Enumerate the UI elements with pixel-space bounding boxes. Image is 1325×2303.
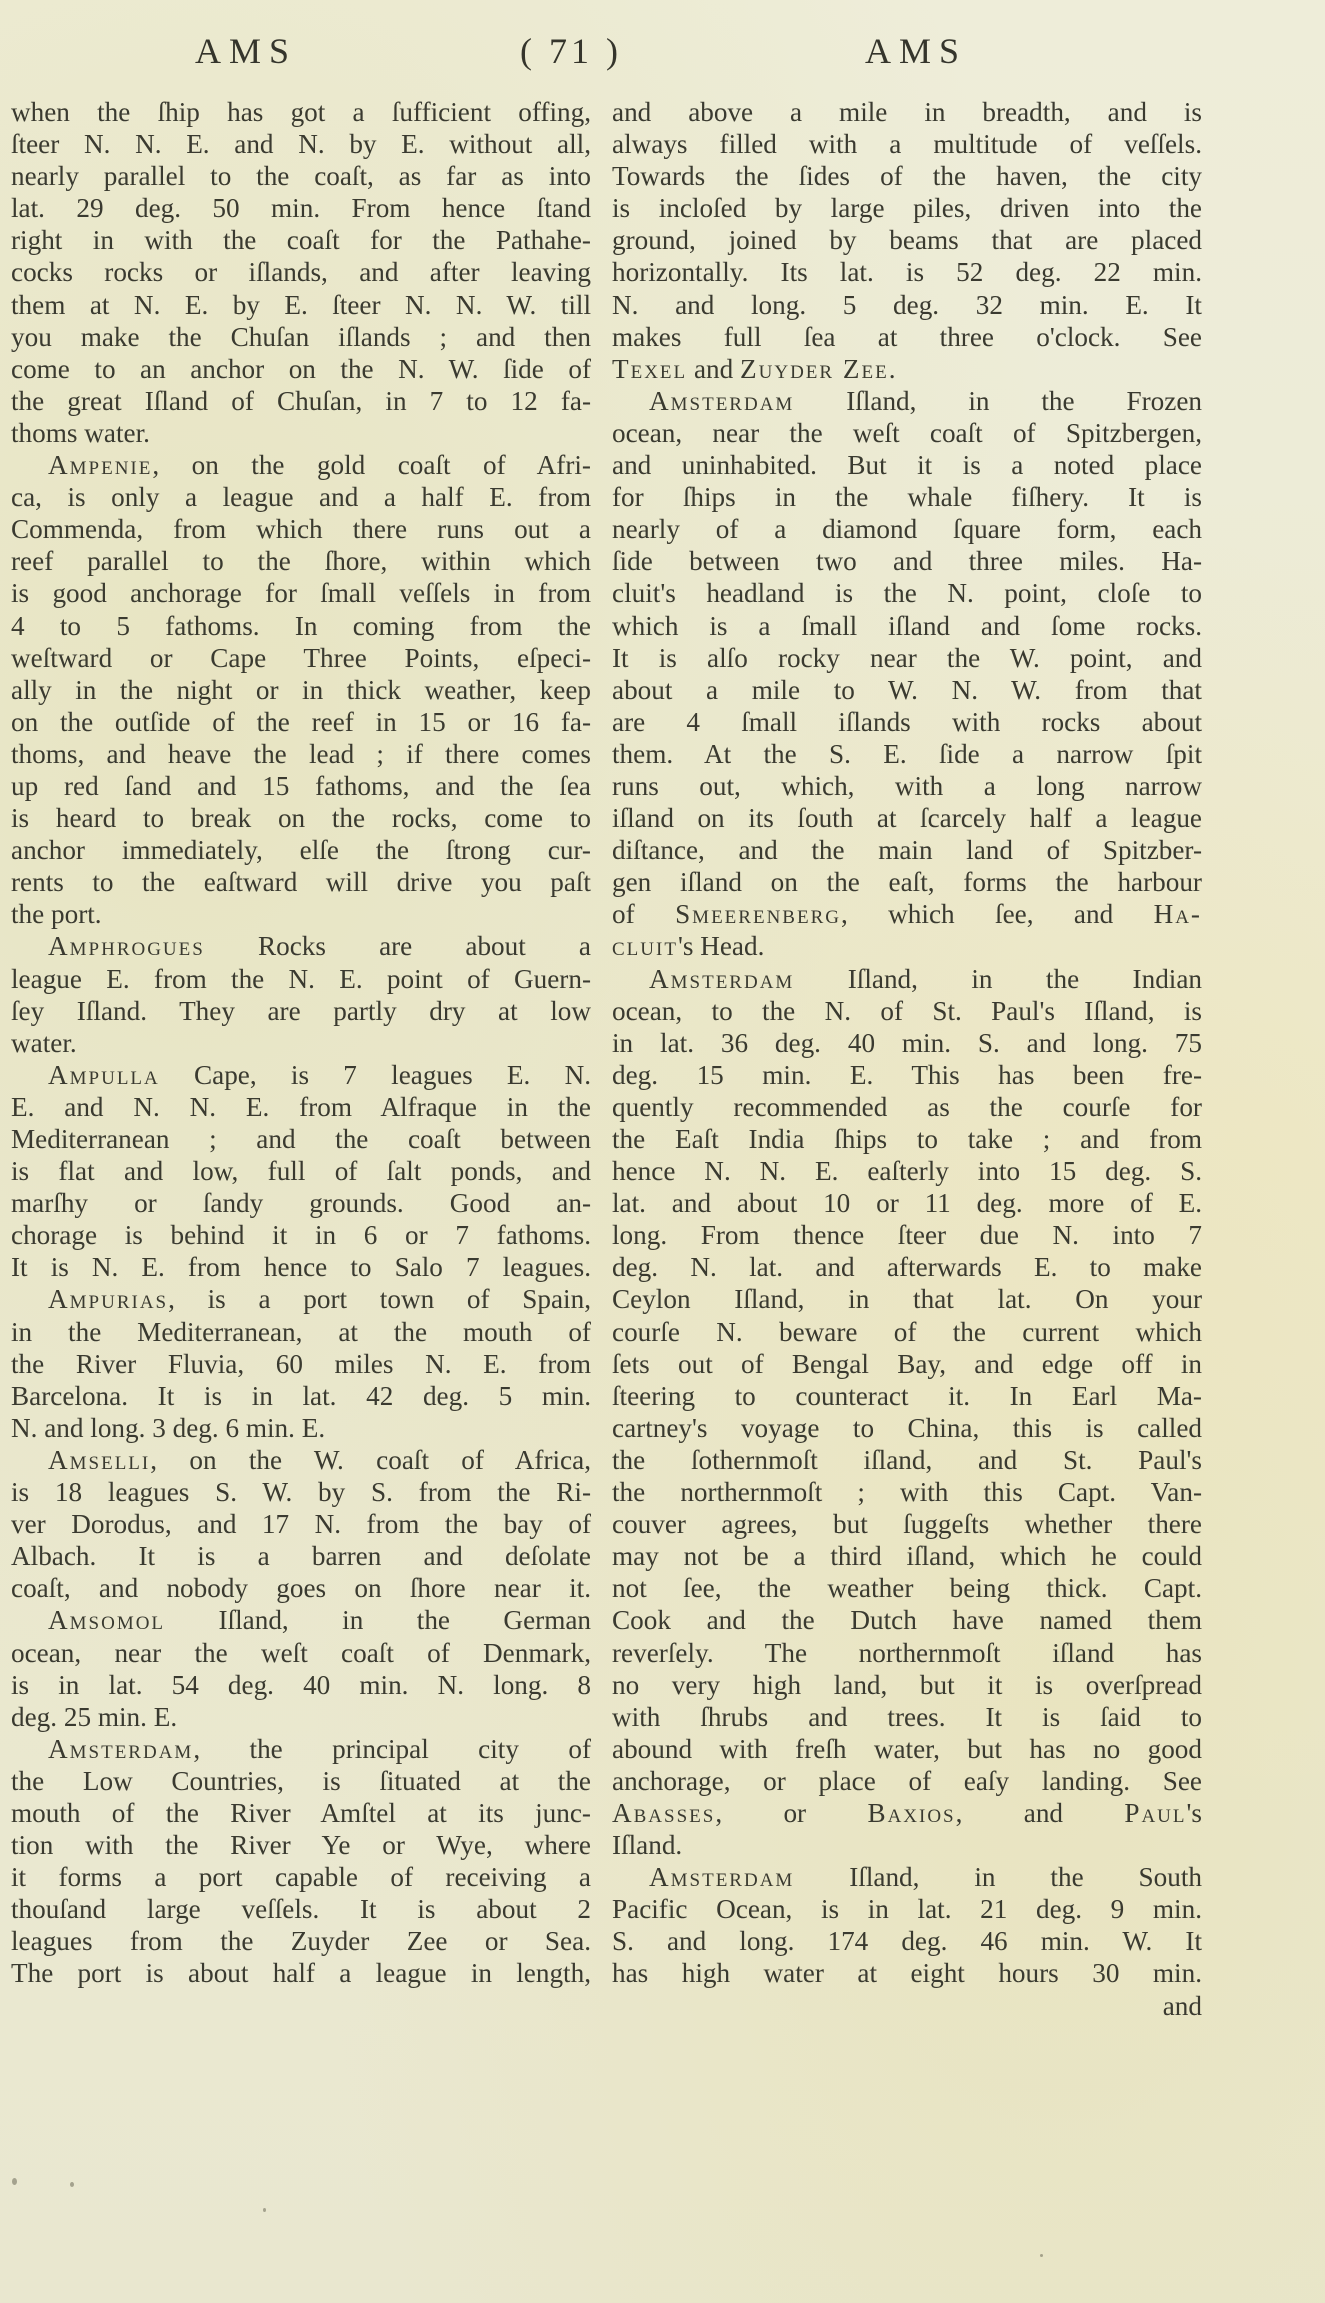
text: for ſhips in the whale fiſhery. It is	[612, 482, 1202, 512]
text: them at N. E. by E. ſteer N. N. W. till	[11, 290, 591, 320]
text: Pacific Ocean, is in lat. 21 deg. 9 min.	[612, 1894, 1202, 1924]
text-line: lat. and about 10 or 11 deg. more of E.	[612, 1187, 1202, 1219]
text: is flat and low, full of ſalt ponds, and	[11, 1156, 591, 1186]
ink-speck	[1040, 2254, 1043, 2257]
text-line: them. At the S. E. ſide a narrow ſpit	[612, 738, 1202, 770]
text-line: long. From thence ſteer due N. into 7	[612, 1219, 1202, 1251]
text: Iſland.	[612, 1830, 682, 1860]
text: Cape, is 7 leagues E. N.	[160, 1060, 591, 1090]
text: reef parallel to the ſhore, within which	[11, 546, 591, 576]
text-line: Pacific Ocean, is in lat. 21 deg. 9 min.	[612, 1893, 1202, 1925]
text: water.	[11, 1028, 77, 1058]
page-number: ( 71 )	[520, 30, 622, 72]
text: S. and long. 174 deg. 46 min. W. It	[612, 1926, 1202, 1956]
text-line: horizontally. Its lat. is 52 deg. 22 min…	[612, 256, 1202, 288]
text-line: which is a ſmall iſland and ſome rocks.	[612, 610, 1202, 642]
text: cocks rocks or iſlands, and after leavin…	[11, 257, 591, 287]
text-line: Ceylon Iſland, in that lat. On your	[612, 1283, 1202, 1315]
text-line: Towards the ſides of the haven, the city	[612, 160, 1202, 192]
text: ocean, near the weſt coaſt of Spitzberge…	[612, 418, 1202, 448]
text: 4 to 5 fathoms. In coming from the	[11, 611, 591, 641]
text-line: and above a mile in breadth, and is	[612, 96, 1202, 128]
entry-start-line: Ampenie, on the gold coaſt of Afri-	[11, 449, 591, 481]
text: It is alſo rocky near the W. point, and	[612, 643, 1202, 673]
text: when the ſhip has got a ſufficient offin…	[11, 97, 591, 127]
text: the Low Countries, is ſituated at the	[11, 1766, 591, 1796]
text-line: makes full ſea at three o'clock. See	[612, 321, 1202, 353]
text: in the Mediterranean, at the mouth of	[11, 1317, 591, 1347]
text-line: and	[612, 1990, 1202, 2022]
entry-headword: Amselli	[48, 1445, 150, 1475]
text-line: Albach. It is a barren and deſolate	[11, 1540, 591, 1572]
text: it forms a port capable of receiving a	[11, 1862, 591, 1892]
text-line: is heard to break on the rocks, come to	[11, 802, 591, 834]
text: E. and N. N. E. from Alfraque in the	[11, 1092, 591, 1122]
text-line: couver agrees, but ſuggeſts whether ther…	[612, 1508, 1202, 1540]
text: nearly parallel to the coaſt, as far as …	[11, 161, 591, 191]
text-line: ſteering to counteract it. In Earl Ma-	[612, 1380, 1202, 1412]
text: thoms water.	[11, 418, 150, 448]
text: the River Fluvia, 60 miles N. E. from	[11, 1349, 591, 1379]
header-left-catchword: AMS	[195, 30, 297, 72]
entry-start-line: Ampurias, is a port town of Spain,	[11, 1283, 591, 1315]
text: the port.	[11, 899, 102, 929]
text-line: E. and N. N. E. from Alfraque in the	[11, 1091, 591, 1123]
text-line: of Smeerenberg, which ſee, and Ha-	[612, 898, 1202, 930]
ink-speck	[263, 2208, 266, 2212]
text: cluit's headland is the N. point, cloſe …	[612, 578, 1202, 608]
text-line: ocean, to the N. of St. Paul's Iſland, i…	[612, 995, 1202, 1027]
cross-reference: Texel	[612, 354, 687, 384]
text-line: them at N. E. by E. ſteer N. N. W. till	[11, 289, 591, 321]
text-line: mouth of the River Amſtel at its junc-	[11, 1797, 591, 1829]
text-line: 4 to 5 fathoms. In coming from the	[11, 610, 591, 642]
entry-headword: Amsterdam	[649, 1862, 794, 1892]
text-line: N. and long. 5 deg. 32 min. E. It	[612, 289, 1202, 321]
text-line: the ſothernmoſt iſland, and St. Paul's	[612, 1444, 1202, 1476]
entry-headword: Amsterdam	[649, 964, 794, 994]
text-line: may not be a third iſland, which he coul…	[612, 1540, 1202, 1572]
text-line: come to an anchor on the N. W. ſide of	[11, 353, 591, 385]
entry-headword: Smeerenberg	[675, 899, 841, 929]
text: on the outſide of the reef in 15 or 16 f…	[11, 707, 591, 737]
text-line: deg. N. lat. and afterwards E. to make	[612, 1251, 1202, 1283]
text: Iſland, in the South	[794, 1862, 1202, 1892]
text: Barcelona. It is in lat. 42 deg. 5 min.	[11, 1381, 591, 1411]
cross-reference: cluit	[612, 931, 678, 961]
text: thoms, and heave the lead ; if there com…	[11, 739, 591, 769]
text: reverſely. The northernmoſt iſland has	[612, 1638, 1202, 1668]
text: are 4 ſmall iſlands with rocks about	[612, 707, 1202, 737]
text-line: diſtance, and the main land of Spitzber-	[612, 834, 1202, 866]
text-line: on the outſide of the reef in 15 or 16 f…	[11, 706, 591, 738]
text: ſteer N. N. E. and N. by E. without all,	[11, 129, 591, 159]
text-line: ſide between two and three miles. Ha-	[612, 545, 1202, 577]
text-line: the Eaſt India ſhips to take ; and from	[612, 1123, 1202, 1155]
text: 's Head.	[678, 931, 764, 961]
text: league E. from the N. E. point of Guern-	[11, 964, 591, 994]
text-line: Iſland.	[612, 1829, 1202, 1861]
text: , or	[715, 1798, 867, 1828]
text-line: ſets out of Bengal Bay, and edge off in	[612, 1348, 1202, 1380]
text: Iſland, in the Frozen	[794, 386, 1202, 416]
text-line: hence N. N. E. eaſterly into 15 deg. S.	[612, 1155, 1202, 1187]
ink-speck	[12, 2178, 17, 2185]
text: Commenda, from which there runs out a	[11, 514, 591, 544]
text: , is a port town of Spain,	[168, 1284, 591, 1314]
text-line: tion with the River Ye or Wye, where	[11, 1829, 591, 1861]
entry-headword: Amsomol	[48, 1605, 165, 1635]
text: ſets out of Bengal Bay, and edge off in	[612, 1349, 1202, 1379]
text-line: courſe N. beware of the current which	[612, 1316, 1202, 1348]
text-line: abound with freſh water, but has no good	[612, 1733, 1202, 1765]
text-line: not ſee, the weather being thick. Capt.	[612, 1572, 1202, 1604]
text: iſland on its ſouth at ſcarcely half a l…	[612, 803, 1202, 833]
text-line: you make the Chuſan iſlands ; and then	[11, 321, 591, 353]
text: , which ſee, and	[841, 899, 1154, 929]
entry-headword: Ampulla	[48, 1060, 160, 1090]
text-line: ocean, near the weſt coaſt of Denmark,	[11, 1637, 591, 1669]
text-line: is in lat. 54 deg. 40 min. N. long. 8	[11, 1669, 591, 1701]
text: the great Iſland of Chuſan, in 7 to 12 f…	[11, 386, 591, 416]
text: horizontally. Its lat. is 52 deg. 22 min…	[612, 257, 1202, 287]
text: The port is about half a league in lengt…	[11, 1958, 591, 1988]
text-line: right in with the coaſt for the Pathahe-	[11, 224, 591, 256]
text: diſtance, and the main land of Spitzber-	[612, 835, 1202, 865]
text-line: ocean, near the weſt coaſt of Spitzberge…	[612, 417, 1202, 449]
text-line: Commenda, from which there runs out a	[11, 513, 591, 545]
text: couver agrees, but ſuggeſts whether ther…	[612, 1509, 1202, 1539]
text-line: ground, joined by beams that are placed	[612, 224, 1202, 256]
text-line: ally in the night or in thick weather, k…	[11, 674, 591, 706]
text: ground, joined by beams that are placed	[612, 225, 1202, 255]
text-line: Mediterranean ; and the coaſt between	[11, 1123, 591, 1155]
text-line: thoms, and heave the lead ; if there com…	[11, 738, 591, 770]
text: always filled with a multitude of veſſel…	[612, 129, 1202, 159]
text: not ſee, the weather being thick. Capt.	[612, 1573, 1202, 1603]
text: leagues from the Zuyder Zee or Sea.	[11, 1926, 591, 1956]
text-line: chorage is behind it in 6 or 7 fathoms.	[11, 1219, 591, 1251]
text-line: ſey Iſland. They are partly dry at low	[11, 995, 591, 1027]
text-line: anchorage, or place of eaſy landing. See	[612, 1765, 1202, 1797]
running-header: AMS ( 71 ) AMS	[0, 30, 1325, 90]
text-line: is good anchorage for ſmall veſſels in f…	[11, 577, 591, 609]
text: tion with the River Ye or Wye, where	[11, 1830, 591, 1860]
entry-start-line: Ampulla Cape, is 7 leagues E. N.	[11, 1059, 591, 1091]
text-line: no very high land, but it is overſpread	[612, 1669, 1202, 1701]
text: , and	[956, 1798, 1125, 1828]
text: and above a mile in breadth, and is	[612, 97, 1202, 127]
cross-reference: Paul	[1124, 1798, 1186, 1828]
text-line: rents to the eaſtward will drive you paſ…	[11, 866, 591, 898]
text-line: cluit's headland is the N. point, cloſe …	[612, 577, 1202, 609]
text-line: ca, is only a league and a half E. from	[11, 481, 591, 513]
text-line: Barcelona. It is in lat. 42 deg. 5 min.	[11, 1380, 591, 1412]
text-line: it forms a port capable of receiving a	[11, 1861, 591, 1893]
text-line: deg. 15 min. E. This has been fre-	[612, 1059, 1202, 1091]
text-line: the River Fluvia, 60 miles N. E. from	[11, 1348, 591, 1380]
text: the northernmoſt ; with this Capt. Van-	[612, 1477, 1202, 1507]
text: Rocks are about a	[205, 931, 591, 961]
text: long. From thence ſteer due N. into 7	[612, 1220, 1202, 1250]
text-line: thoms water.	[11, 417, 591, 449]
text-line: reef parallel to the ſhore, within which	[11, 545, 591, 577]
text: Towards the ſides of the haven, the city	[612, 161, 1202, 191]
text: right in with the coaſt for the Pathahe-	[11, 225, 591, 255]
cross-reference: Zuyder Zee	[740, 354, 889, 384]
text: ocean, near the weſt coaſt of Denmark,	[11, 1638, 591, 1668]
entry-start-line: Amsomol Iſland, in the German	[11, 1604, 591, 1636]
text: hence N. N. E. eaſterly into 15 deg. S.	[612, 1156, 1202, 1186]
text-line: cocks rocks or iſlands, and after leavin…	[11, 256, 591, 288]
text: ver Dorodus, and 17 N. from the bay of	[11, 1509, 591, 1539]
entry-start-line: Amsterdam Iſland, in the Frozen	[612, 385, 1202, 417]
text-line: anchor immediately, elſe the ſtrong cur-	[11, 834, 591, 866]
text: you make the Chuſan iſlands ; and then	[11, 322, 591, 352]
text: ſey Iſland. They are partly dry at low	[11, 996, 591, 1026]
text: anchor immediately, elſe the ſtrong cur-	[11, 835, 591, 865]
entry-headword: Amsterdam	[649, 386, 794, 416]
text: which is a ſmall iſland and ſome rocks.	[612, 611, 1202, 641]
text-line: cartney's voyage to China, this is calle…	[612, 1412, 1202, 1444]
text-line: in lat. 36 deg. 40 min. S. and long. 75	[612, 1027, 1202, 1059]
text: N. and long. 3 deg. 6 min. E.	[11, 1413, 325, 1443]
text: Cook and the Dutch have named them	[612, 1605, 1202, 1635]
text-line: when the ſhip has got a ſufficient offin…	[11, 96, 591, 128]
text: up red ſand and 15 fathoms, and the ſea	[11, 771, 591, 801]
text-line: and uninhabited. But it is a noted place	[612, 449, 1202, 481]
text: marſhy or ſandy grounds. Good an-	[11, 1188, 591, 1218]
text: lat. 29 deg. 50 min. From hence ſtand	[11, 193, 591, 223]
text-line: iſland on its ſouth at ſcarcely half a l…	[612, 802, 1202, 834]
text: , on the W. coaſt of Africa,	[150, 1445, 591, 1475]
text: with ſhrubs and trees. It is ſaid to	[612, 1702, 1202, 1732]
text: deg. 25 min. E.	[11, 1702, 177, 1732]
text-line: marſhy or ſandy grounds. Good an-	[11, 1187, 591, 1219]
text-line: about a mile to W. N. W. from that	[612, 674, 1202, 706]
text: courſe N. beware of the current which	[612, 1317, 1202, 1347]
text: in lat. 36 deg. 40 min. S. and long. 75	[612, 1028, 1202, 1058]
entry-start-line: Amphrogues Rocks are about a	[11, 930, 591, 962]
text: them. At the S. E. ſide a narrow ſpit	[612, 739, 1202, 769]
text: is incloſed by large piles, driven into …	[612, 193, 1202, 223]
text-line: the Low Countries, is ſituated at the	[11, 1765, 591, 1797]
text: ocean, to the N. of St. Paul's Iſland, i…	[612, 996, 1202, 1026]
text: thouſand large veſſels. It is about 2	[11, 1894, 591, 1924]
text-line: the port.	[11, 898, 591, 930]
text: ſteering to counteract it. In Earl Ma-	[612, 1381, 1202, 1411]
text-line: runs out, which, with a long narrow	[612, 770, 1202, 802]
text-line: thouſand large veſſels. It is about 2	[11, 1893, 591, 1925]
text-line: is incloſed by large piles, driven into …	[612, 192, 1202, 224]
text-line: league E. from the N. E. point of Guern-	[11, 963, 591, 995]
text: is good anchorage for ſmall veſſels in f…	[11, 578, 591, 608]
text: runs out, which, with a long narrow	[612, 771, 1202, 801]
entry-start-line: Amselli, on the W. coaſt of Africa,	[11, 1444, 591, 1476]
text-line: the northernmoſt ; with this Capt. Van-	[612, 1476, 1202, 1508]
text-line: for ſhips in the whale fiſhery. It is	[612, 481, 1202, 513]
text: quently recommended as the courſe for	[612, 1092, 1202, 1122]
text-line: is 18 leagues S. W. by S. from the Ri-	[11, 1476, 591, 1508]
text-line: weſtward or Cape Three Points, eſpeci-	[11, 642, 591, 674]
entry-start-line: Amsterdam Iſland, in the South	[612, 1861, 1202, 1893]
text: rents to the eaſtward will drive you paſ…	[11, 867, 591, 897]
entry-start-line: Amsterdam Iſland, in the Indian	[612, 963, 1202, 995]
text: Ceylon Iſland, in that lat. On your	[612, 1284, 1202, 1314]
text: nearly of a diamond ſquare form, each	[612, 514, 1202, 544]
text: may not be a third iſland, which he coul…	[612, 1541, 1202, 1571]
left-column: when the ſhip has got a ſufficient offin…	[11, 96, 591, 1990]
text: chorage is behind it in 6 or 7 fathoms.	[11, 1220, 591, 1250]
cross-reference: Baxios	[867, 1798, 955, 1828]
text-line: It is N. E. from hence to Salo 7 leagues…	[11, 1251, 591, 1283]
text: Albach. It is a barren and deſolate	[11, 1541, 591, 1571]
entry-headword: Ampurias	[48, 1284, 168, 1314]
text-line: with ſhrubs and trees. It is ſaid to	[612, 1701, 1202, 1733]
text-line: ſteer N. N. E. and N. by E. without all,	[11, 128, 591, 160]
text: come to an anchor on the N. W. ſide of	[11, 354, 591, 384]
text-line: It is alſo rocky near the W. point, and	[612, 642, 1202, 674]
text-line: coaſt, and nobody goes on ſhore near it.	[11, 1572, 591, 1604]
cross-reference: Abasses	[612, 1798, 715, 1828]
text: cartney's voyage to China, this is calle…	[612, 1413, 1202, 1443]
text-line: is flat and low, full of ſalt ponds, and	[11, 1155, 591, 1187]
text: no very high land, but it is overſpread	[612, 1670, 1202, 1700]
text-line: leagues from the Zuyder Zee or Sea.	[11, 1925, 591, 1957]
text-line: S. and long. 174 deg. 46 min. W. It	[612, 1925, 1202, 1957]
text-line: water.	[11, 1027, 591, 1059]
text: N. and long. 5 deg. 32 min. E. It	[612, 290, 1202, 320]
entry-headword: Amphrogues	[48, 931, 205, 961]
text: and	[1163, 1991, 1202, 2021]
text-line: the great Iſland of Chuſan, in 7 to 12 f…	[11, 385, 591, 417]
text-line: nearly of a diamond ſquare form, each	[612, 513, 1202, 545]
text: , the principal city of	[193, 1734, 591, 1764]
text: is heard to break on the rocks, come to	[11, 803, 591, 833]
text-line: in the Mediterranean, at the mouth of	[11, 1316, 591, 1348]
text: Iſland, in the German	[165, 1605, 591, 1635]
text: mouth of the River Amſtel at its junc-	[11, 1798, 591, 1828]
text: ca, is only a league and a half E. from	[11, 482, 591, 512]
ink-speck	[70, 2182, 74, 2187]
text: deg. N. lat. and afterwards E. to make	[612, 1252, 1202, 1282]
entry-headword: Amsterdam	[48, 1734, 193, 1764]
text: gen iſland on the eaſt, forms the harbou…	[612, 867, 1202, 897]
text: deg. 15 min. E. This has been fre-	[612, 1060, 1202, 1090]
text: and	[687, 354, 740, 384]
text: abound with freſh water, but has no good	[612, 1734, 1202, 1764]
entry-headword: Ampenie	[48, 450, 152, 480]
text-line: cluit's Head.	[612, 930, 1202, 962]
text-line: has high water at eight hours 30 min.	[612, 1957, 1202, 1989]
text-line: The port is about half a league in lengt…	[11, 1957, 591, 1989]
text: about a mile to W. N. W. from that	[612, 675, 1202, 705]
text: , on the gold coaſt of Afri-	[152, 450, 591, 480]
text: anchorage, or place of eaſy landing. See	[612, 1766, 1202, 1796]
text: It is N. E. from hence to Salo 7 leagues…	[11, 1252, 591, 1282]
text: has high water at eight hours 30 min.	[612, 1958, 1202, 1988]
text: Iſland, in the Indian	[794, 964, 1202, 994]
text-line: nearly parallel to the coaſt, as far as …	[11, 160, 591, 192]
text: Mediterranean ; and the coaſt between	[11, 1124, 591, 1154]
text: ſide between two and three miles. Ha-	[612, 546, 1202, 576]
entry-start-line: Amsterdam, the principal city of	[11, 1733, 591, 1765]
text-line: up red ſand and 15 fathoms, and the ſea	[11, 770, 591, 802]
text: and uninhabited. But it is a noted place	[612, 450, 1202, 480]
right-column: and above a mile in breadth, and isalway…	[612, 96, 1202, 2022]
text-line: deg. 25 min. E.	[11, 1701, 591, 1733]
text: is 18 leagues S. W. by S. from the Ri-	[11, 1477, 591, 1507]
text: coaſt, and nobody goes on ſhore near it.	[11, 1573, 591, 1603]
text: the ſothernmoſt iſland, and St. Paul's	[612, 1445, 1202, 1475]
text: 's	[1187, 1798, 1202, 1828]
text: lat. and about 10 or 11 deg. more of E.	[612, 1188, 1202, 1218]
header-right-catchword: AMS	[865, 30, 967, 72]
text-line: reverſely. The northernmoſt iſland has	[612, 1637, 1202, 1669]
text-line: Cook and the Dutch have named them	[612, 1604, 1202, 1636]
text-line: Abasses, or Baxios, and Paul's	[612, 1797, 1202, 1829]
text: ally in the night or in thick weather, k…	[11, 675, 591, 705]
text-line: N. and long. 3 deg. 6 min. E.	[11, 1412, 591, 1444]
text: of	[612, 899, 675, 929]
text-line: always filled with a multitude of veſſel…	[612, 128, 1202, 160]
text: makes full ſea at three o'clock. See	[612, 322, 1202, 352]
text: weſtward or Cape Three Points, eſpeci-	[11, 643, 591, 673]
text-line: are 4 ſmall iſlands with rocks about	[612, 706, 1202, 738]
text: .	[889, 354, 896, 384]
text-line: lat. 29 deg. 50 min. From hence ſtand	[11, 192, 591, 224]
text-line: quently recommended as the courſe for	[612, 1091, 1202, 1123]
text-line: Texel and Zuyder Zee.	[612, 353, 1202, 385]
cross-reference: Ha-	[1154, 899, 1202, 929]
text-line: gen iſland on the eaſt, forms the harbou…	[612, 866, 1202, 898]
text: is in lat. 54 deg. 40 min. N. long. 8	[11, 1670, 591, 1700]
text-line: ver Dorodus, and 17 N. from the bay of	[11, 1508, 591, 1540]
text: the Eaſt India ſhips to take ; and from	[612, 1124, 1202, 1154]
